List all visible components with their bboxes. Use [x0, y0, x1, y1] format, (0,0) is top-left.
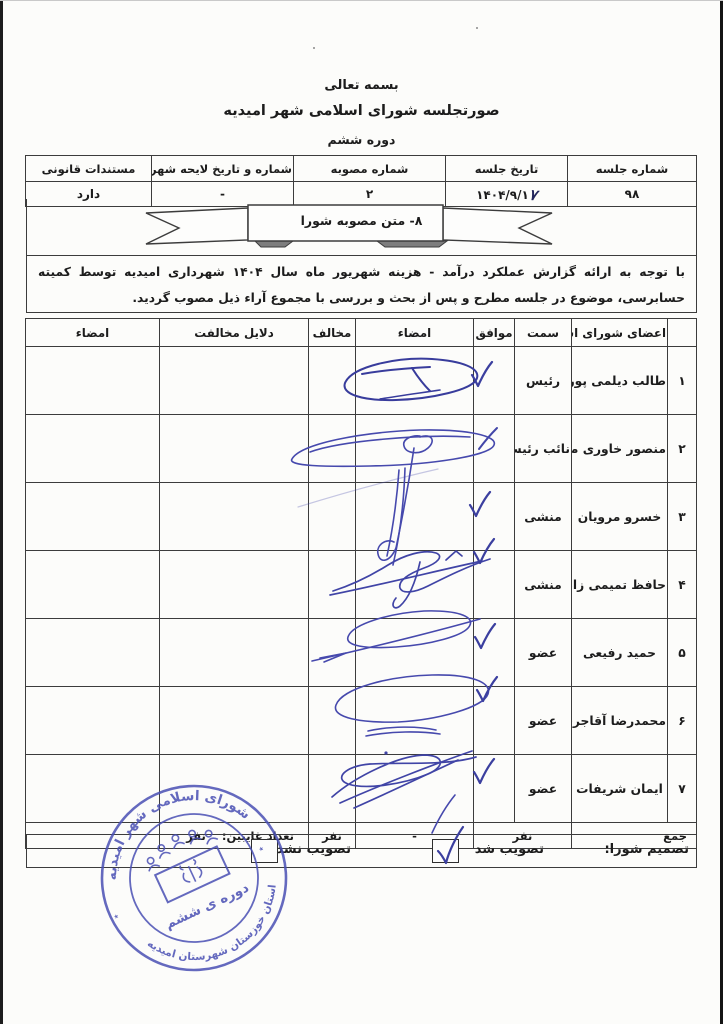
oppose-cell [309, 483, 356, 551]
oppose-reason-cell [160, 415, 309, 483]
signature2-cell [26, 619, 160, 687]
signature-cell [356, 551, 474, 619]
signature2-cell [26, 687, 160, 755]
stamp-center-text: دوره ی ششم [163, 880, 252, 933]
scan-edge-left [0, 0, 3, 1024]
col-header-oppose: مخالف [309, 319, 356, 347]
approved-checkbox [432, 839, 459, 863]
member-row: ۶ محمدرضا آقاجری عضو [26, 687, 697, 755]
scan-edge-top [0, 0, 723, 1]
row-num: ۶ [668, 687, 697, 755]
member-row: ۷ ایمان شریفات عضو [26, 755, 697, 823]
oppose-reason-cell [160, 483, 309, 551]
member-row: ۱ طالب دیلمی پور رئیس [26, 347, 697, 415]
member-position: منشی [515, 483, 572, 551]
member-name: منصور خاوری مهر [572, 415, 668, 483]
member-name: حافظ تمیمی زاده [572, 551, 668, 619]
member-name: حمید رفیعی [572, 619, 668, 687]
col-header-members: اعضای شورای اسلامی [572, 319, 668, 347]
member-position: عضو [515, 619, 572, 687]
member-position: منشی [515, 551, 572, 619]
signature-cell [356, 755, 474, 823]
bismillah: بسمه تعالی [0, 78, 723, 93]
col-header-bill: شماره و تاریخ لایحه شهرداری [152, 156, 294, 182]
agree-cell [474, 483, 515, 551]
stamp-star-right: ٭ [112, 911, 122, 924]
signature2-cell [26, 415, 160, 483]
decision-label: تصمیم شورا: [604, 842, 689, 857]
col-header-resolution-no: شماره مصوبه [294, 156, 446, 182]
row-num: ۳ [668, 483, 697, 551]
oppose-reason-cell [160, 347, 309, 415]
oppose-reason-cell [160, 551, 309, 619]
signature-cell [356, 347, 474, 415]
stamp-ring-text-bottom: استان خوزستان شهرستان امیدیه [142, 879, 296, 986]
member-row: ۴ حافظ تمیمی زاده منشی [26, 551, 697, 619]
page-title: صورتجلسه شورای اسلامی شهر امیدیه [0, 103, 723, 119]
col-header-signature-2: امضاء [26, 319, 160, 347]
col-header-session-no: شماره جلسه [568, 156, 697, 182]
member-name: خسرو مرویان [572, 483, 668, 551]
signature-cell [356, 415, 474, 483]
agree-cell [474, 755, 515, 823]
approved-label: تصویب شد [475, 842, 544, 857]
member-name: محمدرضا آقاجری [572, 687, 668, 755]
oppose-cell [309, 551, 356, 619]
agree-cell [474, 347, 515, 415]
signature2-cell [26, 755, 160, 823]
member-position: عضو [515, 755, 572, 823]
oppose-cell [309, 755, 356, 823]
col-header-signature: امضاء [356, 319, 474, 347]
member-row: ۳ خسرو مرویان منشی [26, 483, 697, 551]
oppose-cell [309, 619, 356, 687]
oppose-cell [309, 347, 356, 415]
vote-table: اعضای شورای اسلامی سمت موافق امضاء مخالف… [25, 318, 697, 849]
agree-cell [474, 551, 515, 619]
col-header-agree: موافق [474, 319, 515, 347]
banner-title: ۸- متن مصوبه شورا [27, 213, 696, 228]
scan-speck [313, 47, 315, 49]
row-num: ۷ [668, 755, 697, 823]
svg-text:استان خوزستان شهرستان امیدیه: استان خوزستان شهرستان امیدیه [142, 879, 296, 986]
row-num: ۱ [668, 347, 697, 415]
agree-cell [474, 415, 515, 483]
oppose-reason-cell [160, 755, 309, 823]
signature2-cell [26, 347, 160, 415]
agree-cell [474, 619, 515, 687]
banner-section: ۸- متن مصوبه شورا [26, 199, 697, 256]
vote-table-header-row: اعضای شورای اسلامی سمت موافق امضاء مخالف… [26, 319, 697, 347]
col-header-position: سمت [515, 319, 572, 347]
signature-cell [356, 619, 474, 687]
signature2-cell [26, 551, 160, 619]
scan-speck [476, 27, 478, 29]
resolution-text: با توجه به ارائه گزارش عملکرد درآمد - هز… [27, 256, 696, 311]
col-header-row-num [668, 319, 697, 347]
oppose-reason-cell [160, 619, 309, 687]
member-row: ۲ منصور خاوری مهر نائب رئیس [26, 415, 697, 483]
member-name: طالب دیلمی پور [572, 347, 668, 415]
col-header-oppose-reasons: دلایل مخالفت [160, 319, 309, 347]
row-num: ۲ [668, 415, 697, 483]
col-header-session-date: تاریخ جلسه [446, 156, 568, 182]
member-row: ۵ حمید رفیعی عضو [26, 619, 697, 687]
scanned-meeting-minutes: بسمه تعالی صورتجلسه شورای اسلامی شهر امی… [0, 0, 723, 1024]
signature2-cell [26, 483, 160, 551]
oppose-reason-cell [160, 687, 309, 755]
member-name: ایمان شریفات [572, 755, 668, 823]
agree-cell [474, 687, 515, 755]
term-subtitle: دوره ششم [0, 132, 723, 147]
signature-cell [356, 687, 474, 755]
row-num: ۵ [668, 619, 697, 687]
row-num: ۴ [668, 551, 697, 619]
signature-cell [356, 483, 474, 551]
member-position: عضو [515, 687, 572, 755]
not-approved-checkbox [251, 839, 278, 863]
oppose-cell [309, 415, 356, 483]
oppose-cell [309, 687, 356, 755]
member-position: نائب رئیس [515, 415, 572, 483]
col-header-legal-docs: مستندات قانونی [26, 156, 152, 182]
resolution-text-section: با توجه به ارائه گزارش عملکرد درآمد - هز… [26, 255, 697, 313]
decision-section: تصمیم شورا: تصویب شد تصویب نشد [26, 834, 697, 868]
member-position: رئیس [515, 347, 572, 415]
not-approved-label: تصویب نشد [276, 842, 351, 857]
